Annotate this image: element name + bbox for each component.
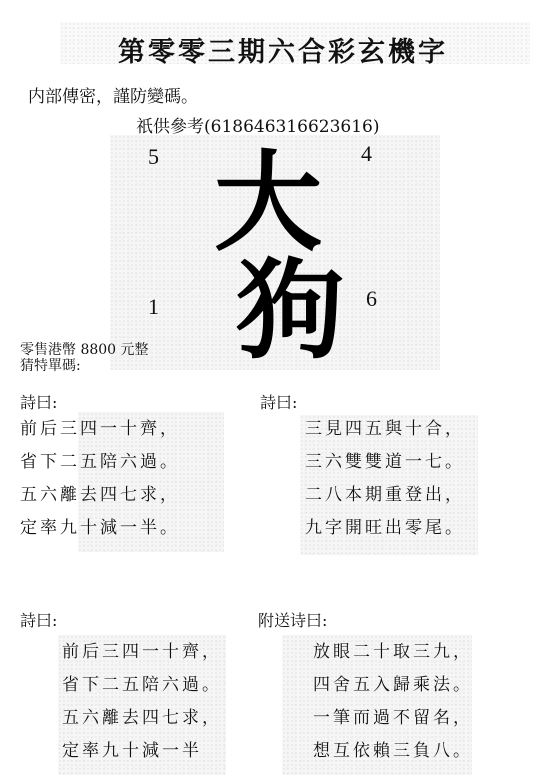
corner-number-top-left: 5: [148, 144, 159, 170]
page-title: 第零零三期六合彩玄機字: [118, 30, 448, 69]
price-info: 零售港幣 8800 元整 猜特單碼:: [20, 342, 149, 374]
poem-2: 三見四五與十合， 三六雙雙道一七。 二八本期重登出， 九字開旺出零尾。: [305, 413, 465, 545]
corner-number-bottom-right: 6: [366, 286, 377, 312]
poem-line: 定率九十減一半。: [20, 512, 180, 545]
big-character-gou: 狗: [236, 258, 344, 366]
big-character-da: 大: [214, 150, 322, 258]
poem-4-heading: 附送诗曰:: [258, 608, 327, 631]
reference-number: 祇供參考(618646316623616): [136, 112, 380, 137]
corner-number-bottom-left: 1: [148, 294, 159, 320]
poem-1: 前后三四一十齊， 省下二五陪六過。 五六離去四七求， 定率九十減一半。: [20, 413, 180, 545]
price-line: 零售港幣 8800 元整: [20, 342, 149, 358]
poem-line: 省下二五陪六過。: [62, 669, 222, 702]
poem-line: 省下二五陪六過。: [20, 446, 180, 479]
poem-line: 三六雙雙道一七。: [305, 446, 465, 479]
poem-line: 五六離去四七求，: [20, 479, 180, 512]
poem-line: 放眼二十取三九，: [313, 636, 473, 669]
corner-number-top-right: 4: [361, 141, 372, 167]
poem-line: 二八本期重登出，: [305, 479, 465, 512]
poem-2-heading: 詩曰:: [260, 390, 297, 413]
poem-1-heading: 詩曰:: [20, 390, 57, 413]
guess-line: 猜特單碼:: [20, 358, 149, 374]
poem-4: 放眼二十取三九， 四舍五入歸乘法。 一筆而過不留名， 想互依賴三負八。: [313, 636, 473, 768]
poem-3-heading: 詩曰:: [20, 608, 57, 631]
poem-line: 前后三四一十齊，: [62, 636, 222, 669]
poem-line: 前后三四一十齊，: [20, 413, 180, 446]
poem-3: 前后三四一十齊， 省下二五陪六過。 五六離去四七求， 定率九十減一半: [62, 636, 222, 768]
poem-line: 四舍五入歸乘法。: [313, 669, 473, 702]
poem-line: 九字開旺出零尾。: [305, 512, 465, 545]
poem-line: 一筆而過不留名，: [313, 702, 473, 735]
poem-line: 定率九十減一半: [62, 735, 222, 768]
poem-line: 三見四五與十合，: [305, 413, 465, 446]
poem-line: 五六離去四七求，: [62, 702, 222, 735]
intro-text: 内部傳密，謹防變碼。: [28, 82, 198, 107]
poem-line: 想互依賴三負八。: [313, 735, 473, 768]
